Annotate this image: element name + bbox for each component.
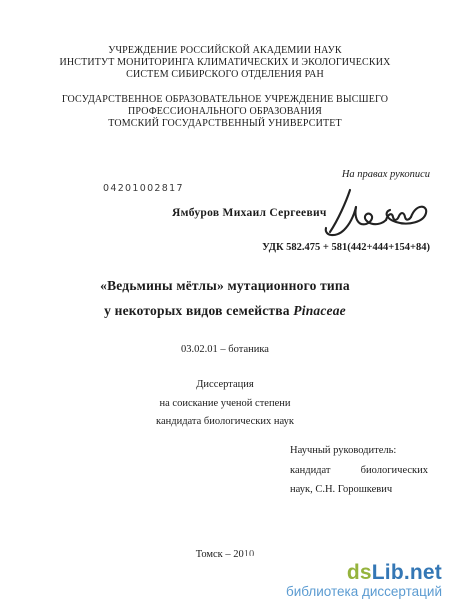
city-year-clipped-digits: 10	[244, 549, 255, 556]
title-latin-name: Pinaceae	[293, 303, 346, 318]
supervisor-block: Научный руководитель: кандидат биологиче…	[290, 445, 428, 504]
supervisor-degree-line: кандидат биологических	[290, 465, 428, 485]
supervisor-label: Научный руководитель:	[290, 445, 428, 465]
city-year: Томск – 2010	[0, 549, 450, 560]
document-page: УЧРЕЖДЕНИЕ РОССИЙСКОЙ АКАДЕМИИ НАУК ИНСТ…	[0, 0, 450, 612]
institution-header-ran: УЧРЕЖДЕНИЕ РОССИЙСКОЙ АКАДЕМИИ НАУК ИНСТ…	[0, 45, 450, 80]
udk-code: УДК 582.475 + 581(442+444+154+84)	[262, 242, 430, 253]
author-name: Ямбуров Михаил Сергеевич	[172, 207, 327, 219]
thesis-statement: Диссертация на соискание ученой степени …	[0, 376, 450, 432]
dslib-logo-ds: ds	[347, 561, 372, 584]
header-line: ПРОФЕССИОНАЛЬНОГО ОБРАЗОВАНИЯ	[0, 106, 450, 118]
header-line: ГОСУДАРСТВЕННОЕ ОБРАЗОВАТЕЛЬНОЕ УЧРЕЖДЕН…	[0, 94, 450, 106]
header-line: УЧРЕЖДЕНИЕ РОССИЙСКОЙ АКАДЕМИИ НАУК	[0, 45, 450, 57]
dslib-logo-rest: Lib.net	[372, 561, 442, 584]
title-text: у некоторых видов семейства	[104, 303, 293, 318]
registration-number: 04201002817	[103, 183, 184, 194]
header-line: ТОМСКИЙ ГОСУДАРСТВЕННЫЙ УНИВЕРСИТЕТ	[0, 118, 450, 130]
manuscript-rights-note: На правах рукописи	[342, 169, 430, 180]
thesis-line: кандидата биологических наук	[0, 413, 450, 432]
header-line: ИНСТИТУТ МОНИТОРИНГА КЛИМАТИЧЕСКИХ И ЭКО…	[0, 57, 450, 69]
dslib-watermark: dsLib.net библиотека диссертаций	[286, 562, 442, 599]
dslib-logo: dsLib.net	[286, 562, 442, 584]
thesis-line: на соискание ученой степени	[0, 395, 450, 414]
dslib-subtitle: библиотека диссертаций	[286, 584, 442, 599]
city-year-text: Томск – 20	[196, 549, 244, 560]
thesis-line: Диссертация	[0, 376, 450, 395]
supervisor-degree-word: кандидат	[290, 465, 331, 485]
supervisor-name: наук, С.Н. Горошкевич	[290, 484, 428, 504]
supervisor-degree-word: биологических	[361, 465, 428, 485]
institution-header-university: ГОСУДАРСТВЕННОЕ ОБРАЗОВАТЕЛЬНОЕ УЧРЕЖДЕН…	[0, 94, 450, 129]
signature-scribble	[320, 184, 432, 242]
specialty-code: 03.02.01 – ботаника	[0, 344, 450, 355]
dissertation-title-line2: у некоторых видов семейства Pinaceae	[0, 303, 450, 319]
dissertation-title-line1: «Ведьмины мётлы» мутационного типа	[0, 278, 450, 294]
header-line: СИСТЕМ СИБИРСКОГО ОТДЕЛЕНИЯ РАН	[0, 69, 450, 81]
